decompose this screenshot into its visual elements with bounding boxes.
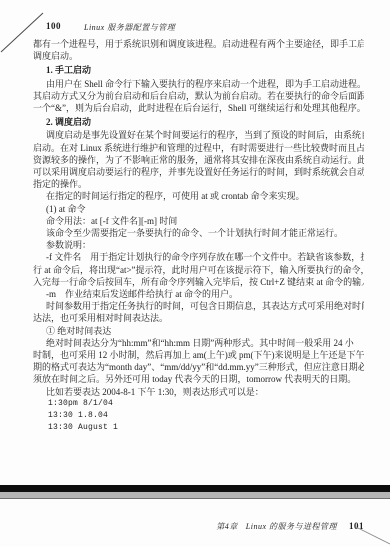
body-line-32: 13:30 August 1 (33, 422, 364, 434)
body-line-28: 须放在时间之后。另外还可用 today 代表今天的日期，tomorrow 代表明… (33, 373, 364, 385)
body-line-24: ① 绝对时间表达 (33, 325, 364, 337)
body-line-29: 比如若要表达 2004-8-1 下午 1:30，则表达形式可以是： (33, 386, 364, 398)
footer-chapter-label: 第4章 (216, 522, 238, 531)
body-line-16: 该命令至少需要指定一条要执行的命令、一个计划执行时间才能正常运行。 (33, 227, 364, 239)
body-line-9: 启动。在对 Linux 系统进行维护和管理的过程中，有时需要进行一些比较费时而且… (33, 142, 364, 154)
body-line-15: 命令用法：at [-f 文件名][-m] 时间 (33, 215, 364, 227)
body-line-21: -m 作业结束后发送邮件给执行 at 命令的用户。 (33, 288, 364, 300)
footer-page-number: 101 (349, 521, 364, 531)
body-line-30: 1:30pm 8/1/04 (33, 398, 364, 410)
body-line-23: 达法，也可采用相对时间表达法。 (33, 312, 364, 324)
body-line-13: 在指定的时间运行指定的程序，可使用 at 或 crontab 命令来实现。 (33, 190, 364, 202)
footer-chapter: 第4章Linux 的服务与进程管理 (216, 521, 337, 532)
body-line-18: -f 文件名 用于指定计划执行的命令序列存放在哪一个文件中。若缺省该参数，执 (33, 251, 364, 263)
page-footer: 第4章Linux 的服务与进程管理 101 (216, 521, 364, 532)
body-line-11: 可以采用调度启动要运行的程序，并事先设置好任务运行的时间，到时系统就会自动完成 (33, 166, 364, 178)
body-line-2: 调度启动。 (33, 50, 364, 62)
scanned-book-page: 100 Linux 服务器配置与管理 都有一个进程号，用于系统识别和调度该进程。… (0, 0, 390, 546)
body-line-20: 入完每一行命令后按回车，所有命令序列输入完毕后，按 Ctrl+Z 键结束 at … (33, 276, 364, 288)
page-edge-band-line (0, 498, 390, 499)
body-line-17: 参数说明： (33, 239, 364, 251)
body-line-22: 时间参数用于指定任务执行的时间，可包含日期信息，其表达方式可采用绝对时间表 (33, 300, 364, 312)
page-edge-band-black (0, 485, 390, 492)
body-line-14: (1) at 命令 (33, 203, 364, 215)
body-line-4: 由用户在 Shell 命令行下输入要执行的程序来启动一个进程，即为手工启动进程。 (33, 78, 364, 90)
body-line-19: 行 at 命令后，将出现“at>”提示符，此时用户可在该提示符下，输入所要执行的… (33, 264, 364, 276)
body-line-26: 时制，也可采用 12 小时制，然后再加上 am(上午)或 pm(下午)来说明是上… (33, 349, 364, 361)
body-line-25: 绝对时间表达分为“hh:mm”和“hh:mm 日期”两种形式。其中时间一般采用 … (33, 337, 364, 349)
body-line-5: 其启动方式又分为前台启动和后台启动，默认为前台启动。若在要执行的命令后面跟随 (33, 90, 364, 102)
body-line-3: 1. 手工启动 (33, 64, 364, 76)
header-book-title: Linux 服务器配置与管理 (84, 22, 175, 33)
body-line-6: 一个“&”，则为后台启动，此时进程在后台运行，Shell 可继续运行和处理其他程… (33, 102, 364, 114)
body-line-12: 指定的操作。 (33, 178, 364, 190)
body-line-8: 调度启动是事先设置好在某个时间要运行的程序，当到了预设的时间后，由系统自动 (33, 129, 364, 141)
body-line-1: 都有一个进程号，用于系统识别和调度该进程。启动进程有两个主要途径，即手工启动和 (33, 38, 364, 50)
body-line-10: 资源较多的操作，为了不影响正常的服务，通常将其安排在深夜由系统自动运行。此时就 (33, 154, 364, 166)
body-line-27: 期的格式可表达为“month day”、“mm/dd/yy”和“dd.mm.yy… (33, 361, 364, 373)
header-page-number: 100 (46, 21, 61, 31)
body-line-7: 2. 调度启动 (33, 116, 364, 128)
body-line-31: 13:30 1.8.04 (33, 410, 364, 422)
footer-chapter-title: Linux 的服务与进程管理 (246, 522, 337, 531)
page-body: 都有一个进程号，用于系统识别和调度该进程。启动进程有两个主要途径，即手工启动和调… (33, 38, 364, 435)
